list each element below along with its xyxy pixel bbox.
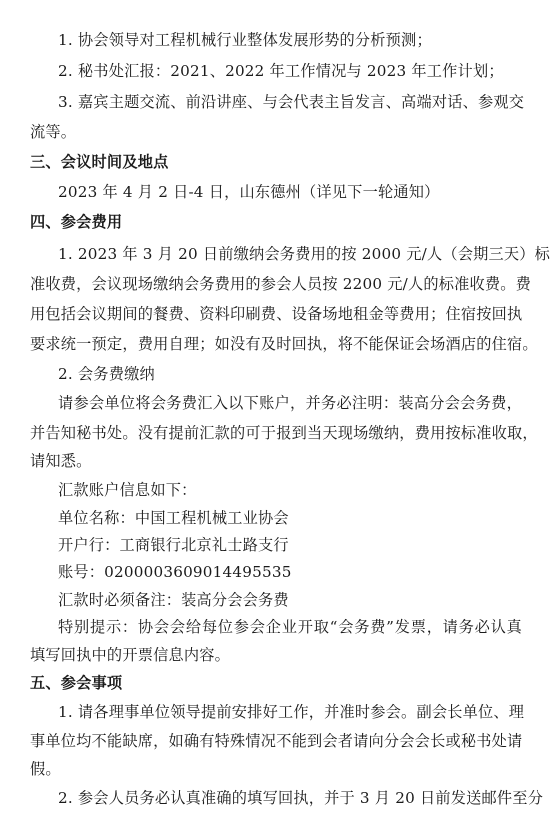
- invoice-notice-1: 特别提示：协会会给每位参会企业开取“会务费”发票，请务必认真: [58, 617, 522, 637]
- attendance-item-1-line-2: 事单位均不能缺席，如确有特殊情况不能到会者请向分会会长或秘书处请: [30, 731, 522, 751]
- bank-name: 开户行：工商银行北京礼士路支行: [58, 535, 522, 555]
- fee-line-4: 要求统一预定，费用自理；如没有及时回执，将不能保证会场酒店的住宿。: [30, 334, 522, 354]
- payment-remark: 汇款时必须备注：装高分会会务费: [58, 590, 522, 610]
- account-number: 账号：0200003609014495535: [58, 562, 522, 582]
- fee-line-1: 1. 2023 年 3 月 20 日前缴纳会务费用的按 2000 元/人（会期三…: [58, 244, 522, 264]
- fee-line-3: 用包括会议期间的餐费、资料印刷费、设备场地租金等费用；住宿按回执: [30, 304, 522, 324]
- agenda-item-2: 2. 秘书处汇报：2021、2022 年工作情况与 2023 年工作计划；: [58, 61, 522, 81]
- section-3-heading: 三、会议时间及地点: [30, 152, 522, 172]
- payment-line-3: 请知悉。: [30, 451, 522, 471]
- attendance-item-2: 2. 参会人员务必认真准确的填写回执，并于 3 月 20 日前发送邮件至分: [58, 788, 522, 808]
- fee-line-2: 准收费，会议现场缴纳会务费用的参会人员按 2200 元/人的标准收费。费: [30, 274, 522, 294]
- payment-heading: 2. 会务费缴纳: [58, 364, 522, 384]
- agenda-item-1: 1. 协会领导对工程机械行业整体发展形势的分析预测；: [58, 30, 522, 50]
- attendance-item-1-line-3: 假。: [30, 759, 522, 779]
- payment-line-2: 并告知秘书处。没有提前汇款的可于报到当天现场缴纳，费用按标准收取，: [30, 423, 522, 443]
- agenda-item-3-cont: 流等。: [30, 122, 522, 142]
- payment-line-1: 请参会单位将会务费汇入以下账户，并务必注明：装高分会会务费，: [58, 393, 522, 413]
- agenda-item-3: 3. 嘉宾主题交流、前沿讲座、与会代表主旨发言、高端对话、参观交: [58, 92, 522, 112]
- section-5-heading: 五、参会事项: [30, 673, 522, 693]
- account-intro: 汇款账户信息如下：: [58, 480, 522, 500]
- invoice-notice-2: 填写回执中的开票信息内容。: [30, 645, 522, 665]
- attendance-item-1-line-1: 1. 请各理事单位领导提前安排好工作，并准时参会。副会长单位、理: [58, 702, 522, 722]
- section-4-heading: 四、参会费用: [30, 212, 522, 232]
- account-name: 单位名称：中国工程机械工业协会: [58, 508, 522, 528]
- meeting-time-location: 2023 年 4 月 2 日-4 日，山东德州（详见下一轮通知）: [58, 182, 522, 202]
